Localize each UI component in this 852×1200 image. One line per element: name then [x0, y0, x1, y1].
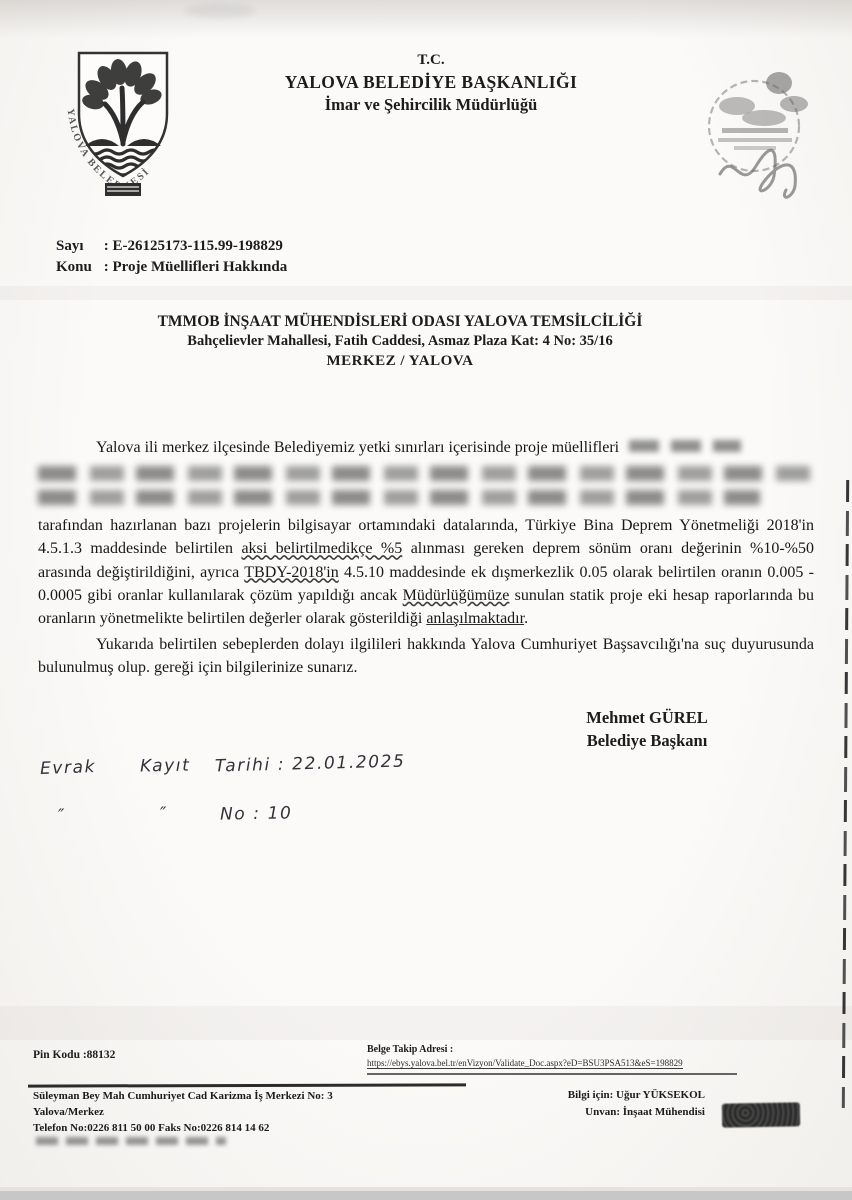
contact-title: Unvan: İnşaat Mühendisi	[440, 1104, 705, 1121]
letterhead-tc: T.C.	[221, 52, 641, 69]
signatory-name: Mehmet GÜREL	[512, 706, 782, 729]
redacted-text	[38, 490, 760, 505]
pin-code: Pin Kodu :88132	[33, 1049, 115, 1061]
redacted-text	[38, 466, 814, 481]
paragraph-intro: Yalova ili merkez ilçesinde Belediyemiz …	[38, 436, 814, 459]
sayi-row: Sayı : E-26125173-115.99-198829	[56, 236, 287, 257]
handwritten-word-kayit: Kayıt	[140, 756, 191, 777]
tracking-url-underline	[367, 1073, 737, 1075]
signature-block: Mehmet GÜREL Belediye Başkanı	[512, 706, 782, 752]
contact-block: Bilgi için: Uğur YÜKSEKOL Unvan: İnşaat …	[440, 1087, 705, 1120]
scanned-letter-page: YALOVA BELEDİYESİ	[0, 0, 852, 1200]
scan-fold-shade	[0, 286, 852, 300]
letter-body: Yalova ili merkez ilçesinde Belediyemiz …	[38, 436, 814, 680]
redacted-text	[629, 440, 741, 452]
konu-value: : Proje Müellifleri Hakkında	[104, 259, 287, 275]
handwritten-word-evrak: Evrak	[40, 757, 97, 779]
recipient-city: MERKEZ / YALOVA	[120, 353, 680, 370]
redacted-names-block	[38, 466, 814, 505]
tracking-url: https://ebys.yalova.bel.tr/enVizyon/Vali…	[367, 1058, 683, 1069]
paragraph-main-text: .	[524, 610, 528, 627]
handwritten-number: No : 10	[220, 803, 293, 824]
konu-label: Konu	[56, 257, 100, 278]
scan-smudge	[185, 4, 255, 18]
sayi-value: : E-26125173-115.99-198829	[104, 238, 283, 254]
round-stamp-and-signature	[682, 66, 832, 216]
seal-emblem-icon: YALOVA BELEDİYESİ	[57, 42, 190, 202]
sender-address-block: Süleyman Bey Mah Cumhuriyet Cad Karizma …	[33, 1089, 333, 1136]
handwritten-ditto-mark: ″	[58, 806, 66, 826]
sender-address-line: Süleyman Bey Mah Cumhuriyet Cad Karizma …	[33, 1089, 333, 1105]
sender-address-line: Yalova/Merkez	[33, 1105, 333, 1121]
document-meta: Sayı : E-26125173-115.99-198829 Konu : P…	[56, 236, 287, 278]
underlined-phrase: TBDY-2018'in	[244, 564, 338, 581]
underlined-phrase: Müdürlüğümüze	[403, 587, 510, 604]
paragraph-closing: Yukarıda belirtilen sebeplerden dolayı i…	[38, 633, 814, 679]
recipient-address: Bahçelievler Mahallesi, Fatih Caddesi, A…	[120, 333, 680, 350]
faded-internet-address-line	[36, 1137, 226, 1145]
tracking-address-label: Belge Takip Adresi :	[367, 1044, 453, 1055]
signatory-title: Belediye Başkanı	[512, 729, 782, 752]
paragraph-main: tarafından hazırlanan bazı projelerin bi…	[38, 514, 814, 630]
konu-row: Konu : Proje Müellifleri Hakkında	[56, 257, 287, 278]
sender-phone-line: Telefon No:0226 811 50 00 Faks No:0226 8…	[33, 1121, 333, 1137]
sayi-label: Sayı	[56, 236, 100, 257]
stamp-icon	[682, 66, 832, 216]
underlined-phrase: aksi belirtilmedikçe %5	[241, 540, 402, 557]
footer-divider-line	[28, 1083, 466, 1087]
contact-person: Bilgi için: Uğur YÜKSEKOL	[440, 1087, 705, 1104]
recipient-block: TMMOB İNŞAAT MÜHENDİSLERİ ODASI YALOVA T…	[120, 313, 680, 370]
letterhead-department: İmar ve Şehircilik Müdürlüğü	[221, 95, 641, 115]
handwritten-date: Tarihi : 22.01.2025	[215, 752, 406, 777]
recipient-name: TMMOB İNŞAAT MÜHENDİSLERİ ODASI YALOVA T…	[120, 313, 680, 331]
scan-edge-bar	[0, 1191, 852, 1200]
redacted-stamp-smudge	[722, 1102, 800, 1127]
handwritten-ditto-mark: ″	[160, 804, 168, 824]
underlined-phrase: anlaşılmaktadır	[426, 610, 524, 627]
yalova-municipality-seal: YALOVA BELEDİYESİ	[57, 42, 190, 202]
paragraph-intro-text: Yalova ili merkez ilçesinde Belediyemiz …	[96, 439, 619, 456]
letterhead-institution: YALOVA BELEDİYE BAŞKANLIĞI	[221, 72, 641, 93]
letterhead: T.C. YALOVA BELEDİYE BAŞKANLIĞI İmar ve …	[221, 52, 641, 115]
scan-fold-shade	[0, 1006, 852, 1040]
